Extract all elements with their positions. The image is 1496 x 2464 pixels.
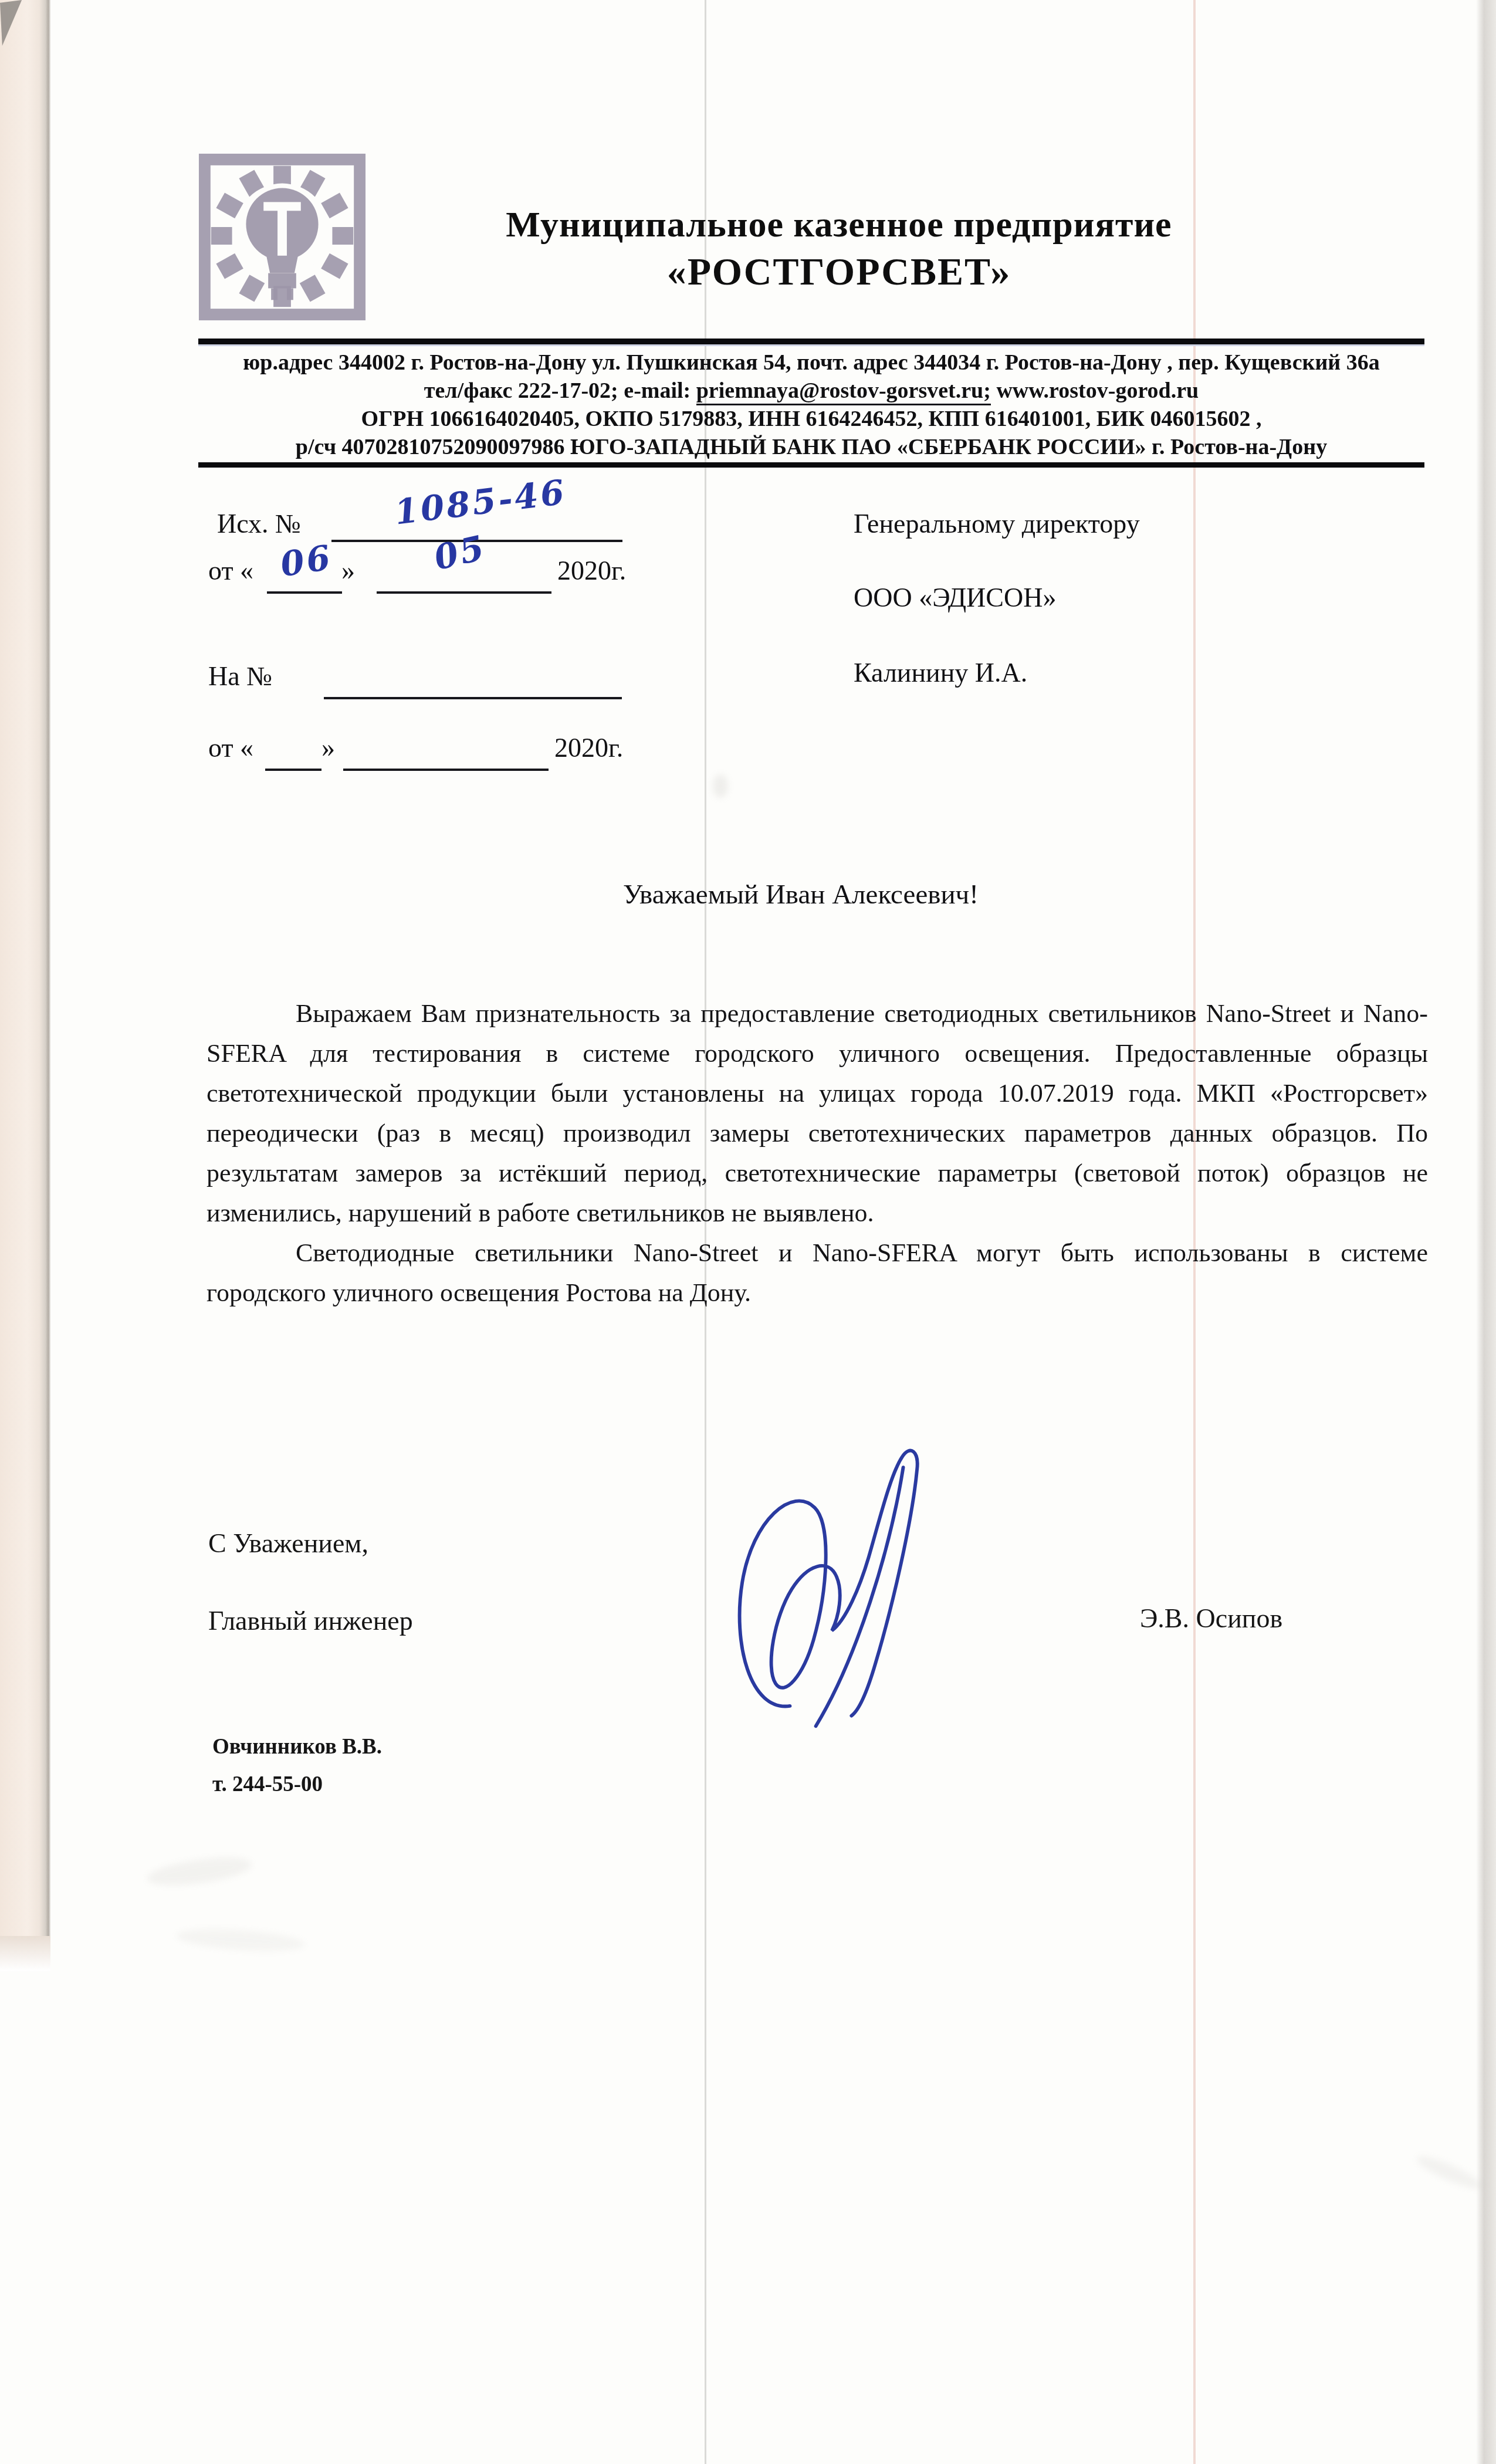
addressee-person: Калинину И.А. (854, 657, 1027, 688)
scan-smudge (1414, 2151, 1484, 2194)
header-rule-top (198, 339, 1424, 344)
day-blank-line (267, 591, 342, 594)
letterhead-requisites: юр.адрес 344002 г. Ростов-на-Дону ул. Пу… (198, 348, 1424, 461)
month-blank-line-2 (343, 769, 549, 771)
signer-position: Главный инженер (208, 1605, 413, 1636)
incoming-number-line (324, 697, 622, 699)
scan-smudge (713, 774, 728, 798)
scan-smudge (175, 1925, 306, 1954)
scan-smudge (145, 1853, 253, 1891)
scan-edge-left-fade (0, 1936, 50, 1971)
org-type: Муниципальное казенное предприятие (375, 204, 1302, 246)
date-prefix-2: от « (208, 732, 253, 763)
year-suffix: 2020г. (557, 555, 626, 586)
executor-phone: т. 244-55-00 (212, 1772, 323, 1797)
letterhead-title: Муниципальное казенное предприятие «РОСТ… (375, 204, 1302, 295)
letter-body: Выражаем Вам признательность за предоста… (207, 994, 1428, 1313)
quote-close-2: » (321, 732, 335, 763)
date-prefix: от « (208, 555, 253, 586)
scan-edge-right-strip (1476, 0, 1496, 2464)
outgoing-number-label: Исх. № (217, 508, 301, 539)
body-paragraph: Выражаем Вам признательность за предоста… (207, 994, 1428, 1233)
org-contacts: тел/факс 222-17-02; e-mail: priemnaya@ro… (198, 377, 1424, 405)
header-rule-bottom (198, 462, 1424, 468)
company-logo (195, 150, 370, 324)
executor-name: Овчинников В.В. (212, 1734, 382, 1759)
month-blank-line (377, 591, 551, 594)
org-email: priemnaya@rostov-gorsvet.ru; (696, 378, 991, 405)
closing-regards: С Уважением, (208, 1528, 368, 1559)
org-phone: тел/факс 222-17-02; e-mail: (424, 378, 696, 403)
handwritten-outgoing-number: 1085-46 (392, 472, 568, 532)
year-suffix-2: 2020г. (554, 732, 623, 763)
day-blank-line-2 (265, 769, 321, 771)
scanned-letter-page: Муниципальное казенное предприятие «РОСТ… (0, 0, 1496, 2464)
scan-edge-left-strip (0, 0, 50, 1959)
addressee-position: Генеральному директору (854, 508, 1140, 539)
signer-name: Э.В. Осипов (1140, 1603, 1282, 1634)
handwritten-signature (683, 1444, 983, 1732)
signature-ink-icon (683, 1444, 983, 1732)
incoming-number-label: На № (208, 661, 272, 692)
org-website: www.rostov-gorod.ru (991, 378, 1199, 403)
quote-close: » (341, 555, 355, 586)
org-bank-details: р/сч 40702810752090097986 ЮГО-ЗАПАДНЫЙ Б… (198, 433, 1424, 461)
org-name: «РОСТГОРСВЕТ» (375, 250, 1302, 295)
lightbulb-icon (195, 150, 370, 324)
salutation: Уважаемый Иван Алексеевич! (375, 879, 1226, 911)
org-address: юр.адрес 344002 г. Ростов-на-Дону ул. Пу… (198, 348, 1424, 377)
body-paragraph: Светодиодные светильники Nano-Street и N… (207, 1233, 1428, 1313)
addressee-company: ООО «ЭДИСОН» (854, 582, 1056, 613)
handwritten-month: 05 (430, 527, 490, 578)
org-registration-numbers: ОГРН 1066164020405, ОКПО 5179883, ИНН 61… (198, 405, 1424, 433)
handwritten-day: 06 (277, 537, 335, 584)
